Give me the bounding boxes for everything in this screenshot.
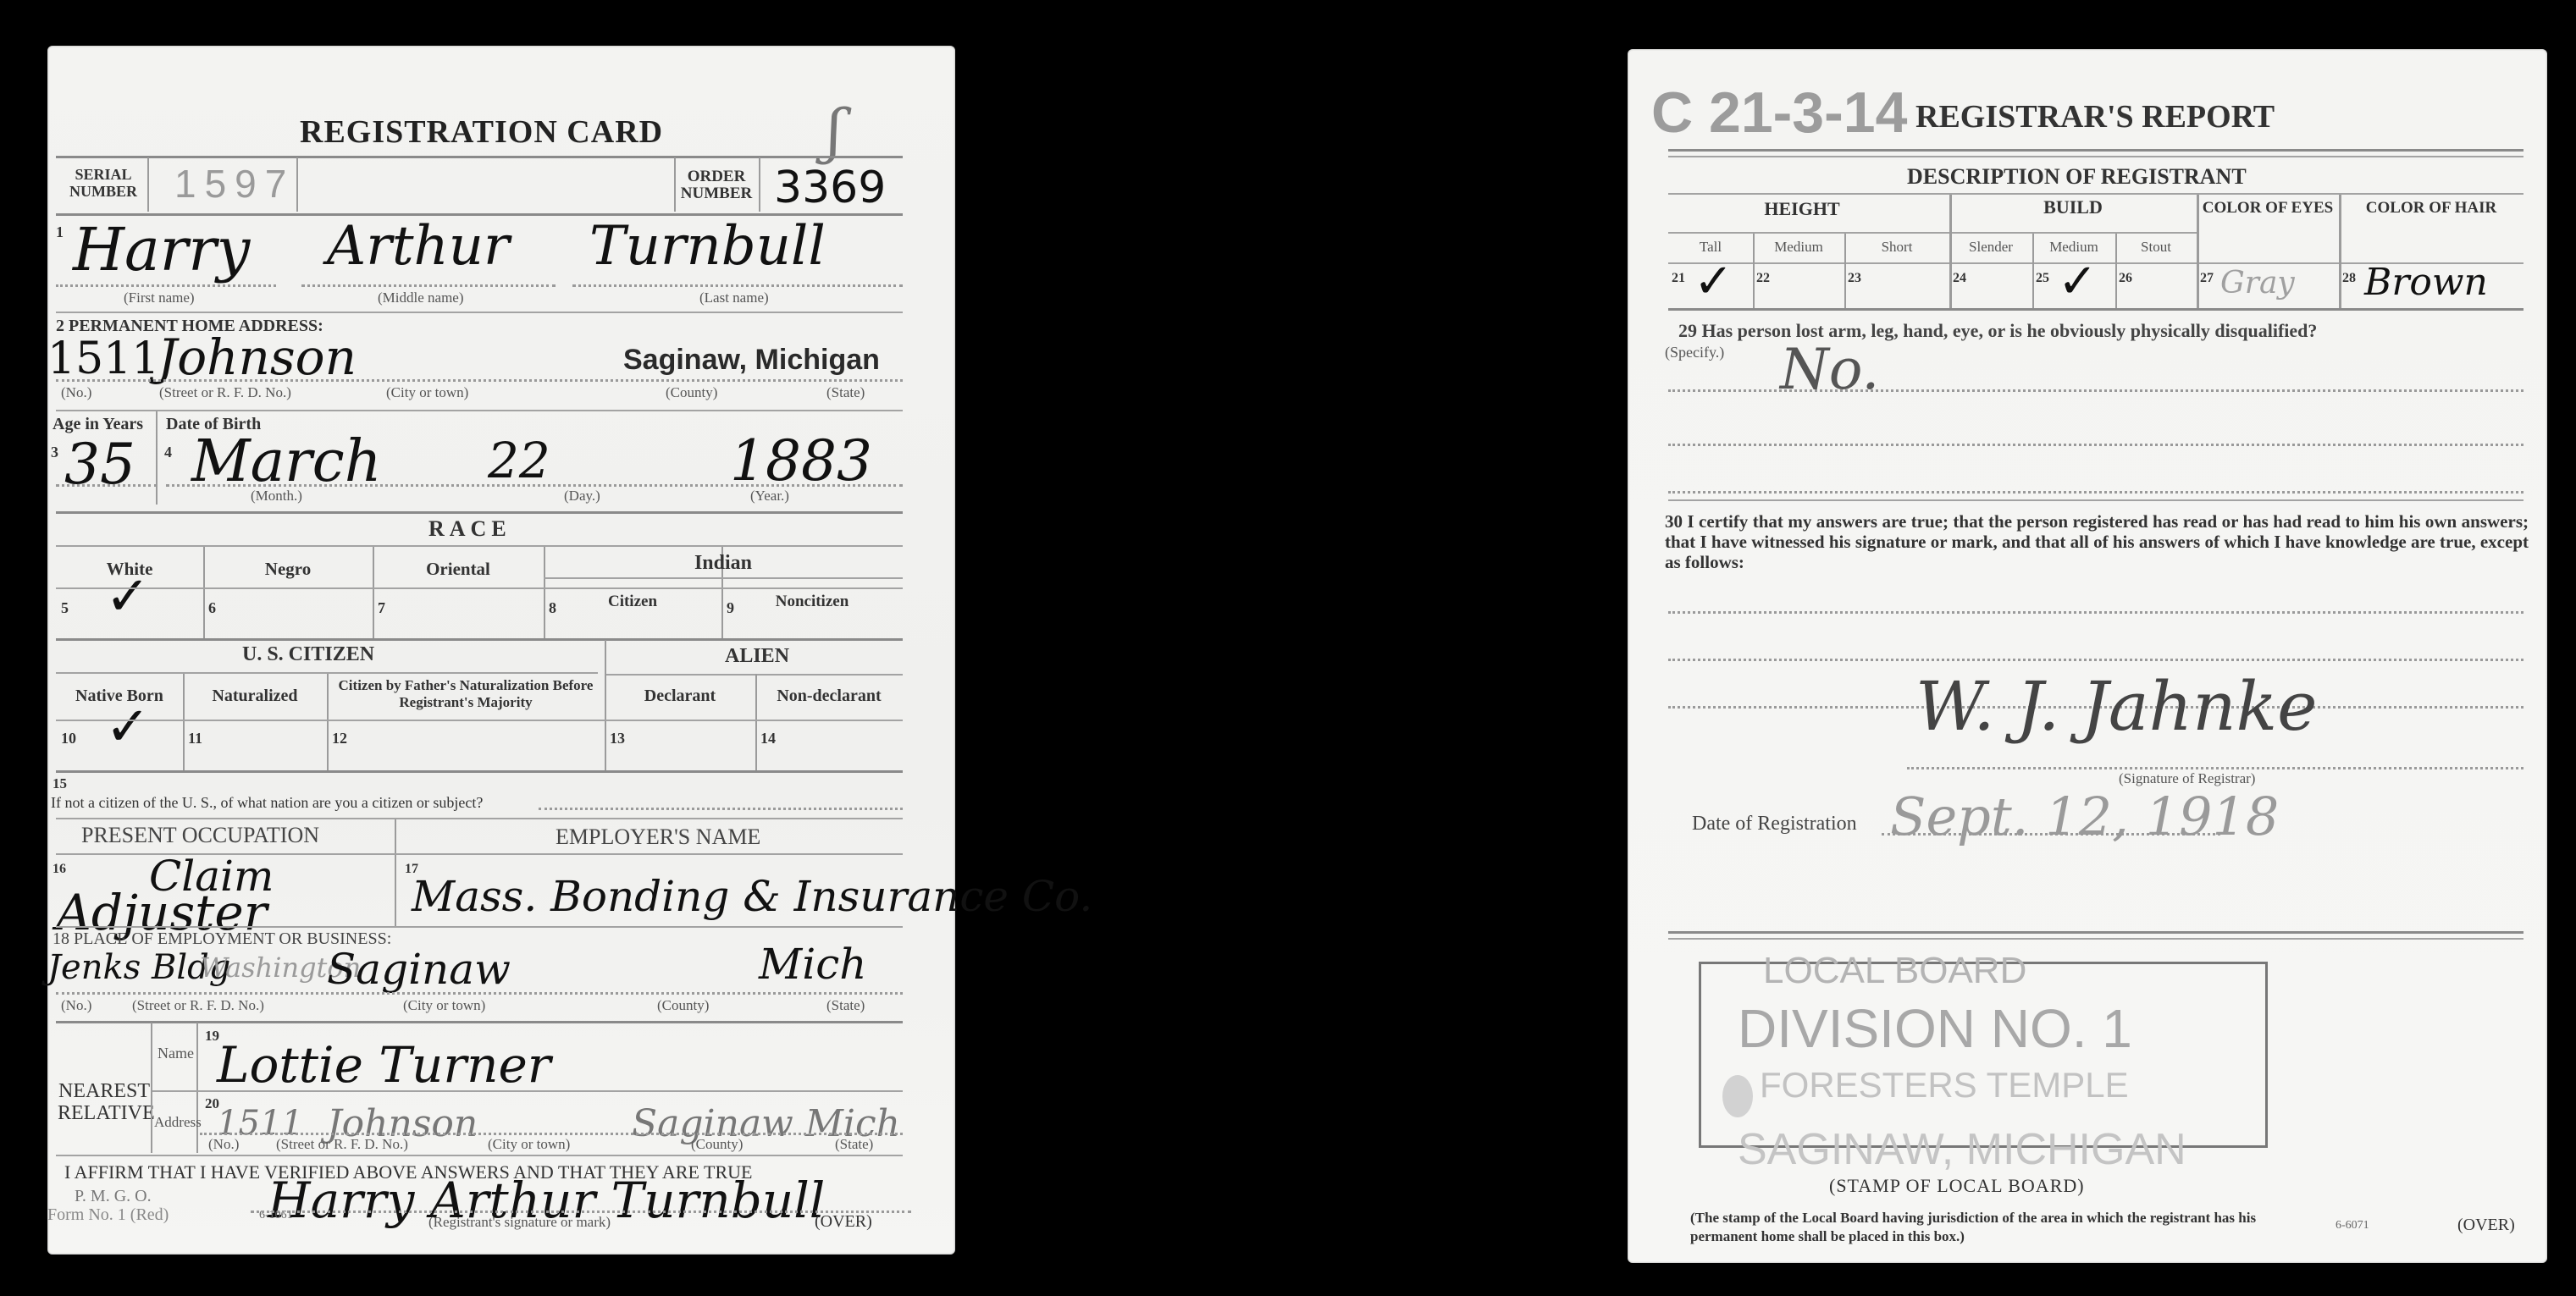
description-column-label: Medium <box>2032 239 2115 256</box>
hair-heading: COLOR OF HAIR <box>2339 200 2523 217</box>
employer-value: Mass. Bonding & Insurance Co. <box>412 872 1092 921</box>
serial-number-value: 1597 <box>174 161 295 207</box>
race-column-label: Negro <box>203 559 373 580</box>
registrars-report-back: C 21-3-14 REGISTRAR'S REPORT DESCRIPTION… <box>1628 49 2547 1263</box>
address-number-value: 1511 <box>47 334 159 384</box>
description-column-label: Short <box>1844 239 1949 256</box>
stamp-line-4: SAGINAW, MICHIGAN <box>1738 1124 2186 1175</box>
stamp-line-2: DIVISION NO. 1 <box>1738 997 2132 1060</box>
relative-name-value: Lottie Turner <box>217 1036 551 1094</box>
serial-number-label: SERIAL NUMBER <box>61 166 146 200</box>
registrar-signature-label: (Signature of Registrar) <box>2119 770 2255 787</box>
description-column-label: Medium <box>1753 239 1844 256</box>
citizenship-column-label: Declarant <box>605 687 755 704</box>
first-name-label: (First name) <box>124 290 195 306</box>
date-of-registration-value: Sept. 12, 1918 <box>1890 786 2279 847</box>
race-column-label: Noncitizen <box>721 593 903 611</box>
stamp-line-3: FORESTERS TEMPLE <box>1760 1065 2129 1106</box>
middle-name-label: (Middle name) <box>378 290 464 306</box>
age-value: 35 <box>64 432 135 497</box>
registrar-signature: W. J. Jahnke <box>1915 667 2317 746</box>
checkmark-icon: ✓ <box>2058 254 2098 309</box>
date-of-registration-label: Date of Registration <box>1692 813 1857 836</box>
alien-heading: ALIEN <box>725 645 789 668</box>
place-state-value: Mich <box>759 940 866 989</box>
checkmark-icon: ✓ <box>1694 254 1733 309</box>
build-heading: BUILD <box>1949 196 2197 218</box>
back-over-label: (OVER) <box>2457 1216 2515 1235</box>
disqualify-question: 29 Has person lost arm, leg, hand, eye, … <box>1678 320 2317 342</box>
eye-color-value: Gray <box>2220 266 2295 301</box>
race-heading: RACE <box>428 516 511 542</box>
first-name-value: Harry <box>73 215 250 284</box>
stamp-note: (The stamp of the Local Board having jur… <box>1690 1209 2283 1246</box>
over-label: (OVER) <box>815 1212 872 1232</box>
registration-card-front: REGISTRATION CARD ʃ SERIAL NUMBER 1597 O… <box>47 46 955 1255</box>
address-county-state-value: Saginaw, Michigan <box>623 344 880 377</box>
stamp-emblem-icon <box>1722 1075 1753 1117</box>
nation-question: If not a citizen of the U. S., of what n… <box>51 794 483 812</box>
stamp-box-label: (STAMP OF LOCAL BOARD) <box>1829 1175 2085 1197</box>
middle-name-value: Arthur <box>327 215 510 278</box>
hair-color-value: Brown <box>2364 261 2488 304</box>
indian-heading: Indian <box>544 552 903 575</box>
report-title: REGISTRAR'S REPORT <box>1915 98 2275 135</box>
race-column-label: Citizen <box>544 593 721 611</box>
order-number-label: ORDER NUMBER <box>678 168 755 202</box>
description-heading: DESCRIPTION OF REGISTRANT <box>1907 164 2247 190</box>
certification-text: 30 I certify that my answers are true; t… <box>1665 511 2529 572</box>
race-column-label: Oriental <box>373 559 544 580</box>
dob-day-value: 22 <box>488 432 550 489</box>
citizenship-column-label: Naturalized <box>183 687 327 704</box>
card-title: REGISTRATION CARD <box>300 113 663 151</box>
stamp-line-1: LOCAL BOARD <box>1763 950 2026 992</box>
last-name-label: (Last name) <box>699 290 769 306</box>
signature-label: (Registrant's signature or mark) <box>428 1214 611 1231</box>
form-number: Form No. 1 (Red) <box>47 1205 169 1225</box>
address-street-value: Johnson <box>158 328 357 386</box>
description-column-label: Slender <box>1949 239 2032 256</box>
checkmark-icon: ✓ <box>105 565 151 628</box>
eyes-heading: COLOR OF EYES <box>2197 200 2339 217</box>
description-column-label: Tall <box>1668 239 1753 256</box>
height-heading: HEIGHT <box>1668 198 1936 220</box>
disqualify-answer: No. <box>1780 337 1879 402</box>
stamp-code: C 21-3-14 <box>1651 80 1907 146</box>
citizenship-column-label: Non-declarant <box>755 687 903 704</box>
place-city-value: Saginaw <box>327 945 511 994</box>
checkmark-icon: ✓ <box>105 696 151 758</box>
description-column-label: Stout <box>2115 239 2197 256</box>
citizenship-column-label: Citizen by Father's Naturalization Befor… <box>327 677 605 711</box>
us-citizen-heading: U. S. CITIZEN <box>242 643 374 666</box>
employer-heading: EMPLOYER'S NAME <box>556 824 760 850</box>
occupation-heading: PRESENT OCCUPATION <box>81 823 319 848</box>
nearest-relative-label: NEAREST RELATIVE <box>58 1080 151 1124</box>
last-name-value: Turnbull <box>589 215 826 278</box>
order-number-value: 3369 <box>774 163 886 213</box>
